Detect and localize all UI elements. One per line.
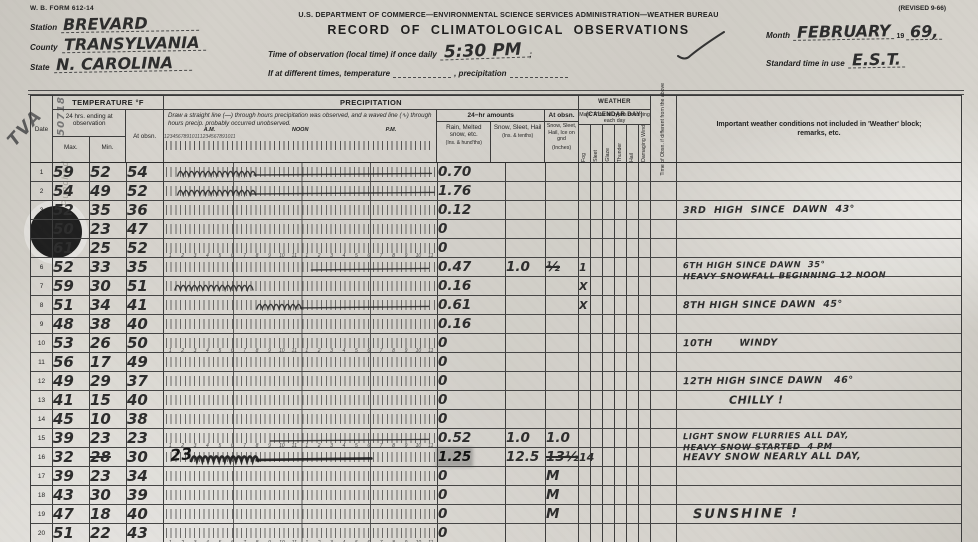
snow-on-ground-cell: M (546, 505, 579, 523)
min-value: 25 (90, 239, 111, 257)
state-value: N. CAROLINA (53, 55, 191, 73)
max-temp-cell: 39 (53, 429, 90, 447)
remarks-cell: CHILLY ! (677, 391, 961, 409)
obs-value: 40 (127, 391, 148, 409)
at-obsn-temp-cell: 52 (127, 182, 164, 200)
rain-value: 0 (438, 525, 447, 541)
precip-line (164, 163, 437, 182)
remarks-cell: 3RD HIGH SINCE DAWN 43° (677, 201, 961, 219)
weather-mark-cell-glaze (603, 429, 615, 447)
department-line: U.S. DEPARTMENT OF COMMERCE—ENVIRONMENTA… (256, 10, 761, 19)
at-obsn-temp-cell: 23 (127, 429, 164, 447)
weather-mark-cell-damaging-wind (639, 391, 651, 409)
date-column-header: Date (31, 96, 53, 162)
time-of-observation-value: 5:30 PM (440, 42, 530, 60)
weather-mark-cell-sleet (591, 505, 603, 523)
table-row: 35235360.123RD HIGH SINCE DAWN 43° (31, 201, 961, 220)
min-temp-cell: 30 (90, 486, 127, 504)
precip-hours-cell (164, 182, 438, 200)
min-value: 33 (90, 258, 111, 276)
time-diff-cell (651, 524, 677, 542)
min-temp-cell: 52 (90, 163, 127, 181)
weather-mark: 1 (579, 261, 587, 274)
remarks-cell (677, 220, 961, 238)
min-temp-cell: 33 (90, 258, 127, 276)
hour-tick-marks (166, 490, 435, 500)
remarks-cell: 6TH HIGH SINCE DAWN 35°HEAVY SNOWFALL BE… (677, 258, 961, 276)
weather-mark-cell-hail (627, 486, 639, 504)
snow-amount-cell: 1.0 (506, 258, 546, 276)
max-value: 51 (53, 524, 74, 542)
table-row: 45023470 (31, 220, 961, 239)
snow-column-header: Snow, Sleet, Hail (Ins. & tenths) (491, 122, 544, 162)
table-row: 6523335123456789101112345678910110.471.0… (31, 258, 961, 277)
table-row: 1632283023123456789101112345678910111.25… (31, 448, 961, 467)
weather-mark: X (579, 280, 587, 293)
obs-value: 52 (127, 182, 148, 200)
hour-tick-marks (166, 205, 435, 215)
at-obsn-temp-cell: 52 (127, 239, 164, 257)
snow-on-ground-cell: M (546, 467, 579, 485)
min-value: 10 (90, 410, 111, 428)
remarks-cell: LIGHT SNOW FLURRIES ALL DAY,HEAVY SNOW S… (677, 429, 961, 447)
min-temp-cell: 10 (90, 410, 127, 428)
snow-on-ground-cell (546, 201, 579, 219)
weather-mark-cell-glaze (603, 163, 615, 181)
ampm-labels: A.M. NOON P.M. (164, 127, 436, 134)
county-field: County TRANSYLVANIA (30, 36, 270, 52)
at-obsn-temp-cell: 41 (127, 296, 164, 314)
date-cell: 3 (31, 201, 53, 219)
snow-value: 1.0 (506, 430, 530, 446)
revised-note: (REVISED 9-66) (766, 5, 966, 12)
rain-value: 0.47 (438, 259, 471, 275)
weather-mark-cell-thunder (615, 467, 627, 485)
rain-column-header: Rain, Melted snow, etc. (Ins. & hund'ths… (437, 122, 491, 162)
header-right: (REVISED 9-66) Month FEBRUARY 19 69, Sta… (766, 5, 966, 68)
weather-mark-cell-fog (579, 315, 591, 333)
hour-tick-marks (166, 224, 435, 234)
snow-amount-cell (506, 201, 546, 219)
date-cell: 12 (31, 372, 53, 390)
min-temp-cell: 30 (90, 277, 127, 295)
remark-text: 3RD HIGH SINCE DAWN 43° (683, 200, 961, 220)
max-temp-cell: 45 (53, 410, 90, 428)
max-value: 54 (53, 182, 74, 200)
weather-mark-cell-glaze (603, 353, 615, 371)
table-header: Date TEMPERATURE °F 24 hrs. ending at ob… (31, 96, 961, 163)
table-row: 94838400.16 (31, 315, 961, 334)
weather-mark-cell-glaze (603, 258, 615, 276)
weather-mark-cell-sleet (591, 277, 603, 295)
weather-mark-cell-fog (579, 429, 591, 447)
remarks-cell (677, 486, 961, 504)
weather-mark-cell-hail (627, 334, 639, 352)
year-printed: 19 (896, 33, 904, 40)
weather-mark-cell-sleet (591, 353, 603, 371)
max-temp-cell: 61 (53, 239, 90, 257)
obs-value: 40 (127, 505, 148, 523)
max-temp-cell: 48 (53, 315, 90, 333)
obs-value: 51 (127, 277, 148, 295)
rain-units: (Ins. & hund'ths) (438, 140, 489, 147)
max-value: 49 (53, 372, 74, 390)
weather-mark-cell-sleet (591, 239, 603, 257)
precip-line (164, 182, 437, 201)
weather-mark-cell-fog (579, 239, 591, 257)
min-temp-cell: 49 (90, 182, 127, 200)
snow-on-ground-cell: ½ (546, 258, 579, 276)
year-value: 69, (906, 25, 943, 41)
min-value: 30 (90, 486, 111, 504)
weather-mark-cell-damaging-wind (639, 163, 651, 181)
weather-mark-cell-damaging-wind (639, 220, 651, 238)
hour-tick-marks (166, 319, 435, 329)
standard-time-field: Standard time in use E.S.T. (766, 53, 966, 68)
snow-units: (Ins. & tenths) (492, 133, 543, 140)
weather-mark-cell-thunder (615, 296, 627, 314)
at-obsn-temp-cell: 49 (127, 353, 164, 371)
month-label: Month (766, 31, 790, 40)
snow-on-ground-cell: 13½ (546, 448, 579, 466)
hour-tick-marks (166, 376, 435, 386)
weather-sub-label: Mark 'X' for all types occurring each da… (579, 110, 650, 125)
weather-mark-cell-glaze (603, 448, 615, 466)
weather-mark-cell-fog (579, 410, 591, 428)
rain-amount-cell: 0 (438, 353, 506, 371)
ground-value: M (546, 506, 559, 522)
max-value: 52 (53, 201, 74, 219)
obs-value: 37 (127, 372, 148, 390)
rain-amount-cell: 0.16 (438, 277, 506, 295)
max-temp-cell: 56 (53, 353, 90, 371)
min-value: 26 (90, 334, 111, 352)
weather-mark-cell-hail (627, 277, 639, 295)
weather-mark-cell-thunder (615, 163, 627, 181)
snow-amount-cell (506, 524, 546, 542)
at-obsn-temp-cell: 47 (127, 220, 164, 238)
max-value: 61 (53, 239, 74, 257)
min-column-header: Min. (90, 137, 126, 162)
snow-amount-cell (506, 410, 546, 428)
group-hour-ruler: 12345678910111234567891011 (164, 253, 437, 261)
min-value: 30 (90, 277, 111, 295)
weather-mark-cell-glaze (603, 239, 615, 257)
precip-hours-cell (164, 163, 438, 181)
table-row: 25449521.76 (31, 182, 961, 201)
alt-precip-label: , precipitation (454, 69, 506, 78)
remarks-cell (677, 524, 961, 542)
min-temp-cell: 22 (90, 524, 127, 542)
hour-tick-marks (166, 414, 435, 424)
min-value: 23 (90, 467, 111, 485)
header-left: W. B. FORM 612-14 Station BREVARD County… (30, 5, 270, 72)
snow-amount-cell (506, 467, 546, 485)
weather-mark-cell-hail (627, 163, 639, 181)
precip-hours-cell (164, 505, 438, 523)
obs-value: 40 (127, 315, 148, 333)
weather-mark-cell-fog: 14 (579, 448, 591, 466)
date-cell: 2 (31, 182, 53, 200)
weather-mark-cell-glaze (603, 486, 615, 504)
table-row: 134115400CHILLY ! (31, 391, 961, 410)
hour-tick-marks (166, 357, 435, 367)
weather-mark-cell-thunder (615, 372, 627, 390)
snow-value: 12.5 (506, 449, 539, 465)
snow-amount-cell (506, 296, 546, 314)
remark-text: 12TH HIGH SINCE DAWN 46° (683, 371, 961, 391)
date-cell: 8 (31, 296, 53, 314)
date-cell: 1 (31, 163, 53, 181)
time-diff-cell (651, 429, 677, 447)
pm-label: P.M. (346, 127, 437, 134)
weather-mark-cell-thunder (615, 486, 627, 504)
hour-tick-marks (166, 395, 435, 405)
precip-hours-cell (164, 201, 438, 219)
min-temp-cell: 25 (90, 239, 127, 257)
min-temp-cell: 15 (90, 391, 127, 409)
time-of-observation-punct: ; (529, 50, 532, 59)
weather-mark-cell-thunder (615, 505, 627, 523)
min-value: 28 (90, 448, 111, 466)
time-diff-cell (651, 353, 677, 371)
weather-col-glaze: Glaze (603, 125, 615, 163)
rain-amount-cell: 0 (438, 410, 506, 428)
obs-value: 43 (127, 524, 148, 542)
weather-mark-cell-thunder (615, 410, 627, 428)
remarks-cell (677, 182, 961, 200)
rain-amount-cell: 0 (438, 467, 506, 485)
rain-value: 1.76 (438, 183, 471, 199)
at-obsn-temp-cell: 35 (127, 258, 164, 276)
rain-value: 0.16 (438, 278, 471, 294)
snow-on-ground-cell: M (546, 486, 579, 504)
table-body: 15952540.7025449521.7635235360.123RD HIG… (31, 163, 961, 542)
station-value: BREVARD (61, 15, 199, 33)
weather-mark-cell-fog: X (579, 277, 591, 295)
precip-hours-cell: 12345678910111234567891011 (164, 524, 438, 542)
alt-times-field: If at different times, temperature , pre… (256, 69, 761, 78)
time-diff-cell (651, 391, 677, 409)
month-value: FEBRUARY (793, 24, 895, 41)
rain-value: 0 (438, 335, 447, 351)
hour-tick-marks (166, 509, 435, 519)
snow-amount-cell (506, 391, 546, 409)
at-obsn-temp-cell: 50 (127, 334, 164, 352)
min-value: 23 (90, 220, 111, 238)
min-value: 49 (90, 182, 111, 200)
weather-mark-cell-glaze (603, 391, 615, 409)
weather-mark-cell-hail (627, 410, 639, 428)
snow-on-ground-cell (546, 334, 579, 352)
weather-mark-cell-damaging-wind (639, 372, 651, 390)
weather-col-hail: Hail (627, 125, 639, 163)
weather-col-sleet: Sleet (591, 125, 603, 163)
max-value: 53 (53, 334, 74, 352)
max-value: 39 (53, 467, 74, 485)
rain-value: 0 (438, 487, 447, 503)
rain-amount-cell: 1.25 (438, 448, 506, 466)
max-column-header: Max. (53, 137, 90, 162)
snow-amount-cell (506, 486, 546, 504)
precip-hours-cell (164, 296, 438, 314)
max-value: 47 (53, 505, 74, 523)
max-temp-cell: 52 (53, 258, 90, 276)
rain-amount-cell: 0 (438, 391, 506, 409)
ground-value: M (546, 487, 559, 503)
ground-units: (Inches) (545, 144, 578, 153)
table-row: 144510380 (31, 410, 961, 429)
snow-on-ground-cell (546, 182, 579, 200)
weather-mark-cell-sleet (591, 163, 603, 181)
min-temp-cell: 35 (90, 201, 127, 219)
rain-amount-cell: 0.70 (438, 163, 506, 181)
weather-mark-cell-thunder (615, 429, 627, 447)
max-value: 50 (53, 220, 74, 238)
remark-text: 8TH HIGH SINCE DAWN 45° (683, 295, 961, 315)
min-temp-cell: 17 (90, 353, 127, 371)
scanned-form-page: TVA 50718 Punched W. B. FORM 612-14 Stat… (0, 0, 978, 542)
date-cell: 14 (31, 410, 53, 428)
obs-value: 39 (127, 486, 148, 504)
weather-mark-cell-thunder (615, 239, 627, 257)
snow-amount-cell (506, 239, 546, 257)
weather-mark-cell-damaging-wind (639, 277, 651, 295)
ground-value: M (546, 468, 559, 484)
max-temp-cell: 39 (53, 467, 90, 485)
weather-mark-cell-glaze (603, 220, 615, 238)
precip-hours-cell (164, 486, 438, 504)
min-temp-cell: 23 (90, 467, 127, 485)
snow-amount-cell (506, 334, 546, 352)
rain-value: 0 (438, 392, 447, 408)
observations-table: Date TEMPERATURE °F 24 hrs. ending at ob… (30, 95, 962, 542)
table-row: 173923340M (31, 467, 961, 486)
station-label: Station (30, 23, 57, 32)
at-obsn-temp-cell: 36 (127, 201, 164, 219)
rain-value: 0 (438, 240, 447, 256)
weather-mark-cell-sleet (591, 391, 603, 409)
weather-mark-cell-damaging-wind (639, 258, 651, 276)
hour-tick-marks (166, 243, 435, 253)
weather-mark-cell-glaze (603, 505, 615, 523)
rain-amount-cell: 0.16 (438, 315, 506, 333)
weather-col-damaging-wind: Damaging Wind (639, 125, 650, 163)
time-of-observation-label: Time of observation (local time) if once… (268, 50, 437, 59)
weather-mark-cell-sleet (591, 258, 603, 276)
weather-mark: X (579, 299, 587, 312)
rain-amount-cell: 0 (438, 372, 506, 390)
time-diff-cell (651, 163, 677, 181)
weather-col-thunder: Thunder (615, 125, 627, 163)
alt-times-label: If at different times, temperature (268, 69, 390, 78)
snow-on-ground-cell (546, 220, 579, 238)
rain-value: 0 (438, 354, 447, 370)
precipitation-header-group: PRECIPITATION Draw a straight line (—) t… (164, 96, 579, 162)
weather-mark-cell-fog (579, 201, 591, 219)
remarks-cell: 10TH WINDY (677, 334, 961, 352)
max-temp-cell: 59 (53, 277, 90, 295)
weather-mark-cell-hail (627, 182, 639, 200)
snow-on-ground-cell: 1.0 (546, 429, 579, 447)
at-obsn-temp-cell: 40 (127, 315, 164, 333)
weather-mark-cell-fog (579, 486, 591, 504)
at-obsn-temp-cell: 40 (127, 505, 164, 523)
snow-on-ground-cell (546, 372, 579, 390)
weather-mark-cell-glaze (603, 182, 615, 200)
weather-mark-cell-damaging-wind (639, 334, 651, 352)
precip-chart-header: Draw a straight line (—) through hours p… (164, 110, 437, 162)
weather-mark-cell-damaging-wind (639, 429, 651, 447)
temp-24hr-label: 24 hrs. ending at observation (53, 110, 125, 137)
form-number: W. B. FORM 612-14 (30, 5, 270, 12)
min-value: 35 (90, 201, 111, 219)
date-cell: 18 (31, 486, 53, 504)
max-value: 52 (53, 258, 74, 276)
remarks-cell (677, 410, 961, 428)
weather-mark-cell-thunder (615, 201, 627, 219)
weather-header: WEATHER (CALENDAR DAY) (579, 96, 650, 110)
max-temp-cell: 49 (53, 372, 90, 390)
date-cell: 11 (31, 353, 53, 371)
weather-mark-cell-damaging-wind (639, 486, 651, 504)
max-temp-cell: 32 (53, 448, 90, 466)
time-diff-cell (651, 239, 677, 257)
rain-value: 0 (438, 373, 447, 389)
date-cell: 16 (31, 448, 53, 466)
obs-value: 50 (127, 334, 148, 352)
max-value: 56 (53, 353, 74, 371)
weather-mark-cell-fog (579, 467, 591, 485)
at-obsn-temp-cell: 34 (127, 467, 164, 485)
rain-value: 0 (438, 506, 447, 522)
time-of-observation-field: Time of observation (local time) if once… (256, 44, 761, 59)
weather-mark-cell-damaging-wind (639, 182, 651, 200)
at-obsn-temp-cell: 51 (127, 277, 164, 295)
group-hour-ruler: 12345678910111234567891011 (164, 443, 437, 451)
weather-mark-cell-sleet (591, 296, 603, 314)
rain-amount-cell: 0 (438, 334, 506, 352)
weather-mark-cell-fog (579, 524, 591, 542)
weather-mark-cell-glaze (603, 315, 615, 333)
rain-value: 0 (438, 221, 447, 237)
weather-mark-cell-hail (627, 353, 639, 371)
snow-amount-cell (506, 277, 546, 295)
time-diff-column-header: Time of Obsn. if different from the abov… (651, 96, 677, 162)
min-value: 22 (90, 524, 111, 542)
max-value: 48 (53, 315, 74, 333)
standard-time-label: Standard time in use (766, 59, 845, 68)
weather-mark-cell-thunder (615, 220, 627, 238)
max-temp-cell: 51 (53, 524, 90, 542)
max-temp-cell: 47 (53, 505, 90, 523)
obs-value: 30 (127, 448, 148, 466)
weather-mark-cell-glaze (603, 372, 615, 390)
weather-mark-cell-thunder (615, 334, 627, 352)
rain-amount-cell: 0.47 (438, 258, 506, 276)
ground-value: 13½ (546, 449, 579, 465)
weather-mark-cell-hail (627, 315, 639, 333)
remarks-cell (677, 315, 961, 333)
weather-mark-cell-thunder (615, 182, 627, 200)
obs-value: 54 (127, 163, 148, 181)
weather-mark-cell-sleet (591, 372, 603, 390)
max-value: 51 (53, 296, 74, 314)
time-diff-cell (651, 201, 677, 219)
at-obsn-temp-cell: 40 (127, 391, 164, 409)
table-row: 85134410.61X8TH HIGH SINCE DAWN 45° (31, 296, 961, 315)
weather-mark-cell-sleet (591, 334, 603, 352)
